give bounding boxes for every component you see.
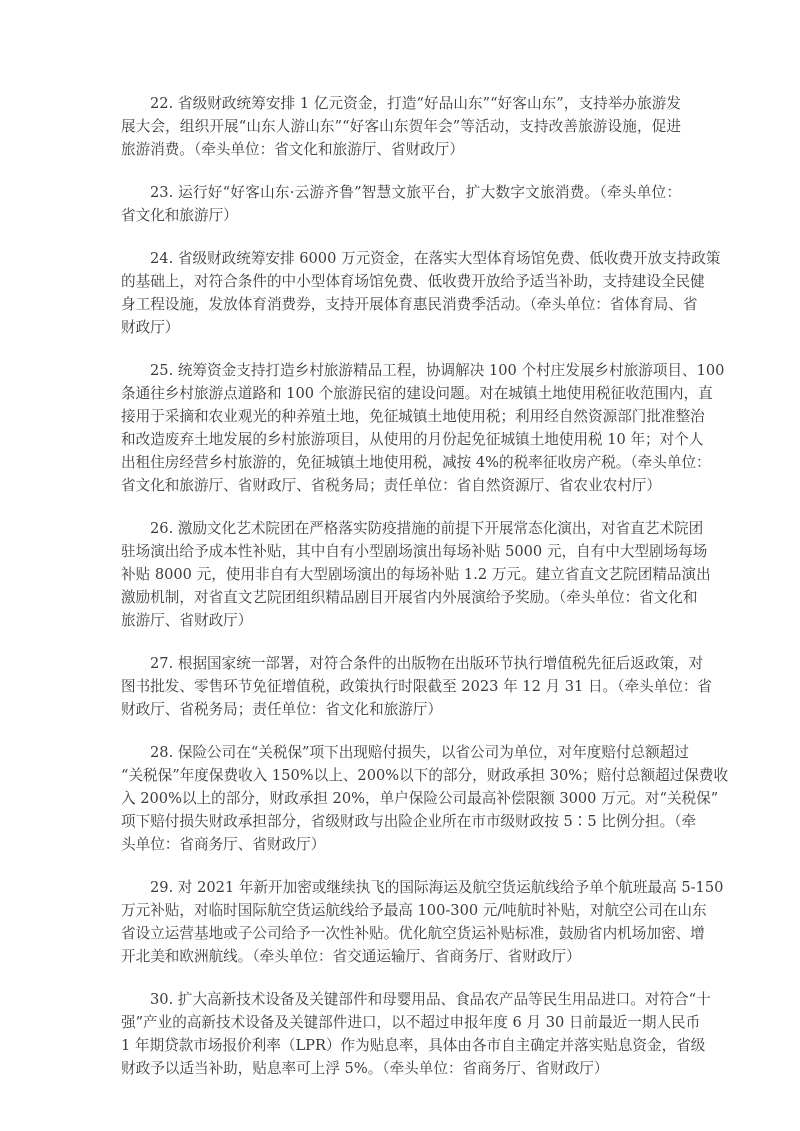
policy-item-23: 23. 运行好“好客山东·云游齐鲁”智慧文旅平台，扩大数字文旅消费。（牵头单位：… xyxy=(121,181,681,227)
text-line: 29. 对 2021 年新开加密或继续执飞的国际海运及航空货运航线给予单个航班最… xyxy=(121,876,681,899)
text-line: 强”产业的高新技术设备及关键部件进口，以不超过申报年度 6 月 30 日前最近一… xyxy=(121,1011,681,1034)
text-line: 激励机制，对省直文艺院团组织精品剧目开展省内外展演给予奖励。（牵头单位：省文化和 xyxy=(121,586,681,609)
text-line: 26. 激励文化艺术院团在严格落实防疫措施的前提下开展常态化演出，对省直艺术院团 xyxy=(121,517,681,540)
text-line: 万元补贴，对临时国际航空货运航线给予最高 100-300 元/吨航时补贴，对航空… xyxy=(121,899,681,922)
text-line: 22. 省级财政统筹安排 1 亿元资金，打造“好品山东”“好客山东”，支持举办旅… xyxy=(121,92,681,115)
policy-item-28: 28. 保险公司在“关税保”项下出现赔付损失，以省公司为单位，对年度赔付总额超过… xyxy=(121,741,681,856)
text-line: 1 年期贷款市场报价利率（LPR）作为贴息率，具体由各市自主确定并落实贴息资金，… xyxy=(121,1034,681,1057)
text-line: 头单位：省商务厅、省财政厅） xyxy=(121,833,681,856)
policy-item-24: 24. 省级财政统筹安排 6000 万元资金，在落实大型体育场馆免费、低收费开放… xyxy=(121,247,681,339)
text-line: 旅游厅、省财政厅） xyxy=(121,609,681,632)
text-line: 身工程设施，发放体育消费券，支持开展体育惠民消费季活动。（牵头单位：省体育局、省 xyxy=(121,293,681,316)
policy-item-26: 26. 激励文化艺术院团在严格落实防疫措施的前提下开展常态化演出，对省直艺术院团… xyxy=(121,517,681,632)
text-line: 省设立运营基地或子公司给予一次性补贴。优化航空货运补贴标准，鼓励省内机场加密、增 xyxy=(121,922,681,945)
text-line: 出租住房经营乡村旅游的，免征城镇土地使用税，减按 4%的税率征收房产税。（牵头单… xyxy=(121,451,681,474)
text-line: 省文化和旅游厅） xyxy=(121,204,681,227)
policy-item-22: 22. 省级财政统筹安排 1 亿元资金，打造“好品山东”“好客山东”，支持举办旅… xyxy=(121,92,681,161)
text-line: 展大会，组织开展“山东人游山东”“好客山东贺年会”等活动，支持改善旅游设施，促进 xyxy=(121,115,681,138)
text-line: 入 200%以上的部分，财政承担 20%，单户保险公司最高补偿限额 3000 万… xyxy=(121,787,681,810)
text-line: 省文化和旅游厅、省财政厅、省税务局；责任单位：省自然资源厅、省农业农村厅） xyxy=(121,474,681,497)
text-line: 23. 运行好“好客山东·云游齐鲁”智慧文旅平台，扩大数字文旅消费。（牵头单位： xyxy=(121,181,681,204)
text-line: 财政厅、省税务局；责任单位：省文化和旅游厅） xyxy=(121,698,681,721)
text-line: 补贴 8000 元，使用非自有大型剧场演出的每场补贴 1.2 万元。建立省直文艺… xyxy=(121,563,681,586)
text-line: 财政予以适当补助，贴息率可上浮 5%。（牵头单位：省商务厅、省财政厅） xyxy=(121,1057,681,1080)
document-body: 22. 省级财政统筹安排 1 亿元资金，打造“好品山东”“好客山东”，支持举办旅… xyxy=(121,92,681,1100)
text-line: 和改造废弃土地发展的乡村旅游项目，从使用的月份起免征城镇土地使用税 10 年；对… xyxy=(121,428,681,451)
text-line: 图书批发、零售环节免征增值税，政策执行时限截至 2023 年 12 月 31 日… xyxy=(121,675,681,698)
text-line: 30. 扩大高新技术设备及关键部件和母婴用品、食品农产品等民生用品进口。对符合“… xyxy=(121,988,681,1011)
text-line: 的基础上，对符合条件的中小型体育场馆免费、低收费开放给予适当补助，支持建设全民健 xyxy=(121,270,681,293)
text-line: 28. 保险公司在“关税保”项下出现赔付损失，以省公司为单位，对年度赔付总额超过 xyxy=(121,741,681,764)
text-line: 27. 根据国家统一部署，对符合条件的出版物在出版环节执行增值税先征后返政策，对 xyxy=(121,652,681,675)
text-line: 25. 统筹资金支持打造乡村旅游精品工程，协调解决 100 个村庄发展乡村旅游项… xyxy=(121,359,681,382)
text-line: 旅游消费。（牵头单位：省文化和旅游厅、省财政厅） xyxy=(121,138,681,161)
policy-item-25: 25. 统筹资金支持打造乡村旅游精品工程，协调解决 100 个村庄发展乡村旅游项… xyxy=(121,359,681,497)
policy-item-27: 27. 根据国家统一部署，对符合条件的出版物在出版环节执行增值税先征后返政策，对… xyxy=(121,652,681,721)
text-line: 开北美和欧洲航线。（牵头单位：省交通运输厅、省商务厅、省财政厅） xyxy=(121,945,681,968)
policy-item-29: 29. 对 2021 年新开加密或继续执飞的国际海运及航空货运航线给予单个航班最… xyxy=(121,876,681,968)
text-line: 财政厅） xyxy=(121,316,681,339)
text-line: 驻场演出给予成本性补贴，其中自有小型剧场演出每场补贴 5000 元，自有中大型剧… xyxy=(121,540,681,563)
text-line: “关税保”年度保费收入 150%以上、200%以下的部分，财政承担 30%；赔付… xyxy=(121,764,681,787)
document-page: 22. 省级财政统筹安排 1 亿元资金，打造“好品山东”“好客山东”，支持举办旅… xyxy=(0,0,800,1131)
text-line: 接用于采摘和农业观光的种养殖土地，免征城镇土地使用税；利用经自然资源部门批准整治 xyxy=(121,405,681,428)
text-line: 条通往乡村旅游点道路和 100 个旅游民宿的建设问题。对在城镇土地使用税征收范围… xyxy=(121,382,681,405)
text-line: 24. 省级财政统筹安排 6000 万元资金，在落实大型体育场馆免费、低收费开放… xyxy=(121,247,681,270)
text-line: 项下赔付损失财政承担部分，省级财政与出险企业所在市市级财政按 5∶5 比例分担。… xyxy=(121,810,681,833)
policy-item-30: 30. 扩大高新技术设备及关键部件和母婴用品、食品农产品等民生用品进口。对符合“… xyxy=(121,988,681,1080)
